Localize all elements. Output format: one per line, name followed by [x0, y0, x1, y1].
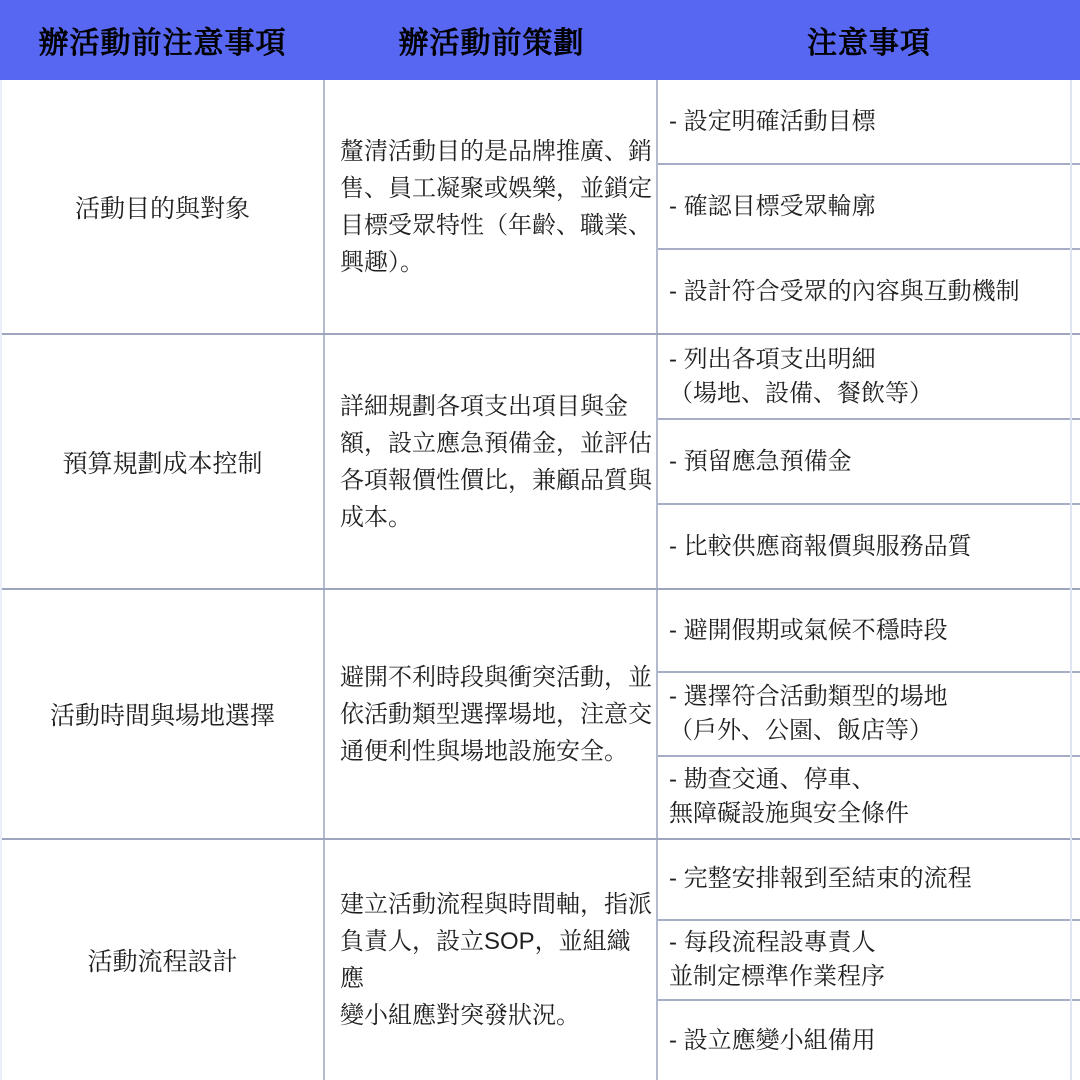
topic-cell: 預算規劃成本控制	[2, 335, 325, 588]
note-text: - 設計符合受眾的內容與互動機制	[669, 275, 1020, 309]
note-item: - 確認目標受眾輪廓	[658, 163, 1080, 248]
note-item: - 選擇符合活動類型的場地 （戶外、公園、飯店等）	[658, 671, 1080, 754]
note-item: - 列出各項支出明細 （場地、設備、餐飲等）	[658, 335, 1080, 418]
topic-label: 活動目的與對象	[75, 189, 250, 225]
note-text: - 完整安排報到至結束的流程	[669, 862, 972, 896]
table-row: 活動時間與場地選擇 避開不利時段與衝突活動，並 依活動類型選擇場地，注意交 通便…	[2, 588, 1080, 838]
note-item: - 預留應急預備金	[658, 418, 1080, 503]
topic-label: 預算規劃成本控制	[62, 444, 262, 480]
plan-cell: 釐清活動目的是品牌推廣、銷 售、員工凝聚或娛樂，並鎖定 目標受眾特性（年齡、職業…	[325, 80, 658, 333]
topic-cell: 活動流程設計	[2, 840, 325, 1080]
plan-text: 避開不利時段與衝突活動，並 依活動類型選擇場地，注意交 通便利性與場地設施安全。	[340, 659, 652, 770]
plan-cell: 詳細規劃各項支出項目與金 額，設立應急預備金，並評估 各項報價性價比，兼顧品質與…	[325, 335, 658, 588]
topic-cell: 活動時間與場地選擇	[2, 590, 325, 838]
table-body: 活動目的與對象 釐清活動目的是品牌推廣、銷 售、員工凝聚或娛樂，並鎖定 目標受眾…	[0, 80, 1080, 1080]
note-item: - 比較供應商報價與服務品質	[658, 503, 1080, 588]
note-text: - 避開假期或氣候不穩時段	[669, 614, 948, 648]
notes-cell: - 避開假期或氣候不穩時段 - 選擇符合活動類型的場地 （戶外、公園、飯店等） …	[658, 590, 1080, 838]
note-item: - 每段流程設專責人 並制定標準作業程序	[658, 919, 1080, 1000]
note-text: - 確認目標受眾輪廓	[669, 190, 876, 224]
note-item: - 設計符合受眾的內容與互動機制	[658, 248, 1080, 333]
notes-cell: - 設定明確活動目標 - 確認目標受眾輪廓 - 設計符合受眾的內容與互動機制	[658, 80, 1080, 333]
header-col-pre-event-considerations: 辦活動前注意事項	[0, 18, 325, 62]
plan-text: 釐清活動目的是品牌推廣、銷 售、員工凝聚或娛樂，並鎖定 目標受眾特性（年齡、職業…	[340, 133, 652, 281]
note-text: - 設立應變小組備用	[669, 1024, 876, 1058]
note-text: - 列出各項支出明細 （場地、設備、餐飲等）	[669, 343, 933, 411]
plan-text: 詳細規劃各項支出項目與金 額，設立應急預備金，並評估 各項報價性價比，兼顧品質與…	[340, 388, 652, 536]
notes-cell: - 列出各項支出明細 （場地、設備、餐飲等） - 預留應急預備金 - 比較供應商…	[658, 335, 1080, 588]
table-row: 預算規劃成本控制 詳細規劃各項支出項目與金 額，設立應急預備金，並評估 各項報價…	[2, 333, 1080, 588]
plan-text: 建立活動流程與時間軸，指派 負責人，設立SOP，並組織應 變小組應對突發狀況。	[340, 886, 652, 1034]
note-item: - 避開假期或氣候不穩時段	[658, 590, 1080, 671]
table-header-row: 辦活動前注意事項 辦活動前策劃 注意事項	[0, 0, 1080, 80]
note-text: - 選擇符合活動類型的場地 （戶外、公園、飯店等）	[669, 680, 948, 748]
pre-event-planning-table: 辦活動前注意事項 辦活動前策劃 注意事項 活動目的與對象 釐清活動目的是品牌推廣…	[0, 0, 1080, 1080]
topic-label: 活動時間與場地選擇	[50, 696, 275, 732]
note-text: - 每段流程設專責人 並制定標準作業程序	[669, 926, 885, 994]
table-row: 活動目的與對象 釐清活動目的是品牌推廣、銷 售、員工凝聚或娛樂，並鎖定 目標受眾…	[2, 80, 1080, 333]
plan-cell: 建立活動流程與時間軸，指派 負責人，設立SOP，並組織應 變小組應對突發狀況。	[325, 840, 658, 1080]
header-col-pre-event-planning: 辦活動前策劃	[325, 18, 658, 62]
note-text: - 預留應急預備金	[669, 445, 852, 479]
table-row: 活動流程設計 建立活動流程與時間軸，指派 負責人，設立SOP，並組織應 變小組應…	[2, 838, 1080, 1080]
note-item: - 勘查交通、停車、 無障礙設施與安全條件	[658, 755, 1080, 838]
plan-cell: 避開不利時段與衝突活動，並 依活動類型選擇場地，注意交 通便利性與場地設施安全。	[325, 590, 658, 838]
note-text: - 比較供應商報價與服務品質	[669, 530, 972, 564]
topic-cell: 活動目的與對象	[2, 80, 325, 333]
table-right-edge-line	[1070, 80, 1072, 1080]
topic-label: 活動流程設計	[87, 942, 237, 978]
note-text: - 勘查交通、停車、 無障礙設施與安全條件	[669, 763, 909, 831]
note-text: - 設定明確活動目標	[669, 105, 876, 139]
notes-cell: - 完整安排報到至結束的流程 - 每段流程設專責人 並制定標準作業程序 - 設立…	[658, 840, 1080, 1080]
note-item: - 完整安排報到至結束的流程	[658, 840, 1080, 919]
note-item: - 設定明確活動目標	[658, 80, 1080, 163]
header-col-attention-items: 注意事項	[658, 18, 1080, 62]
note-item: - 設立應變小組備用	[658, 999, 1080, 1080]
